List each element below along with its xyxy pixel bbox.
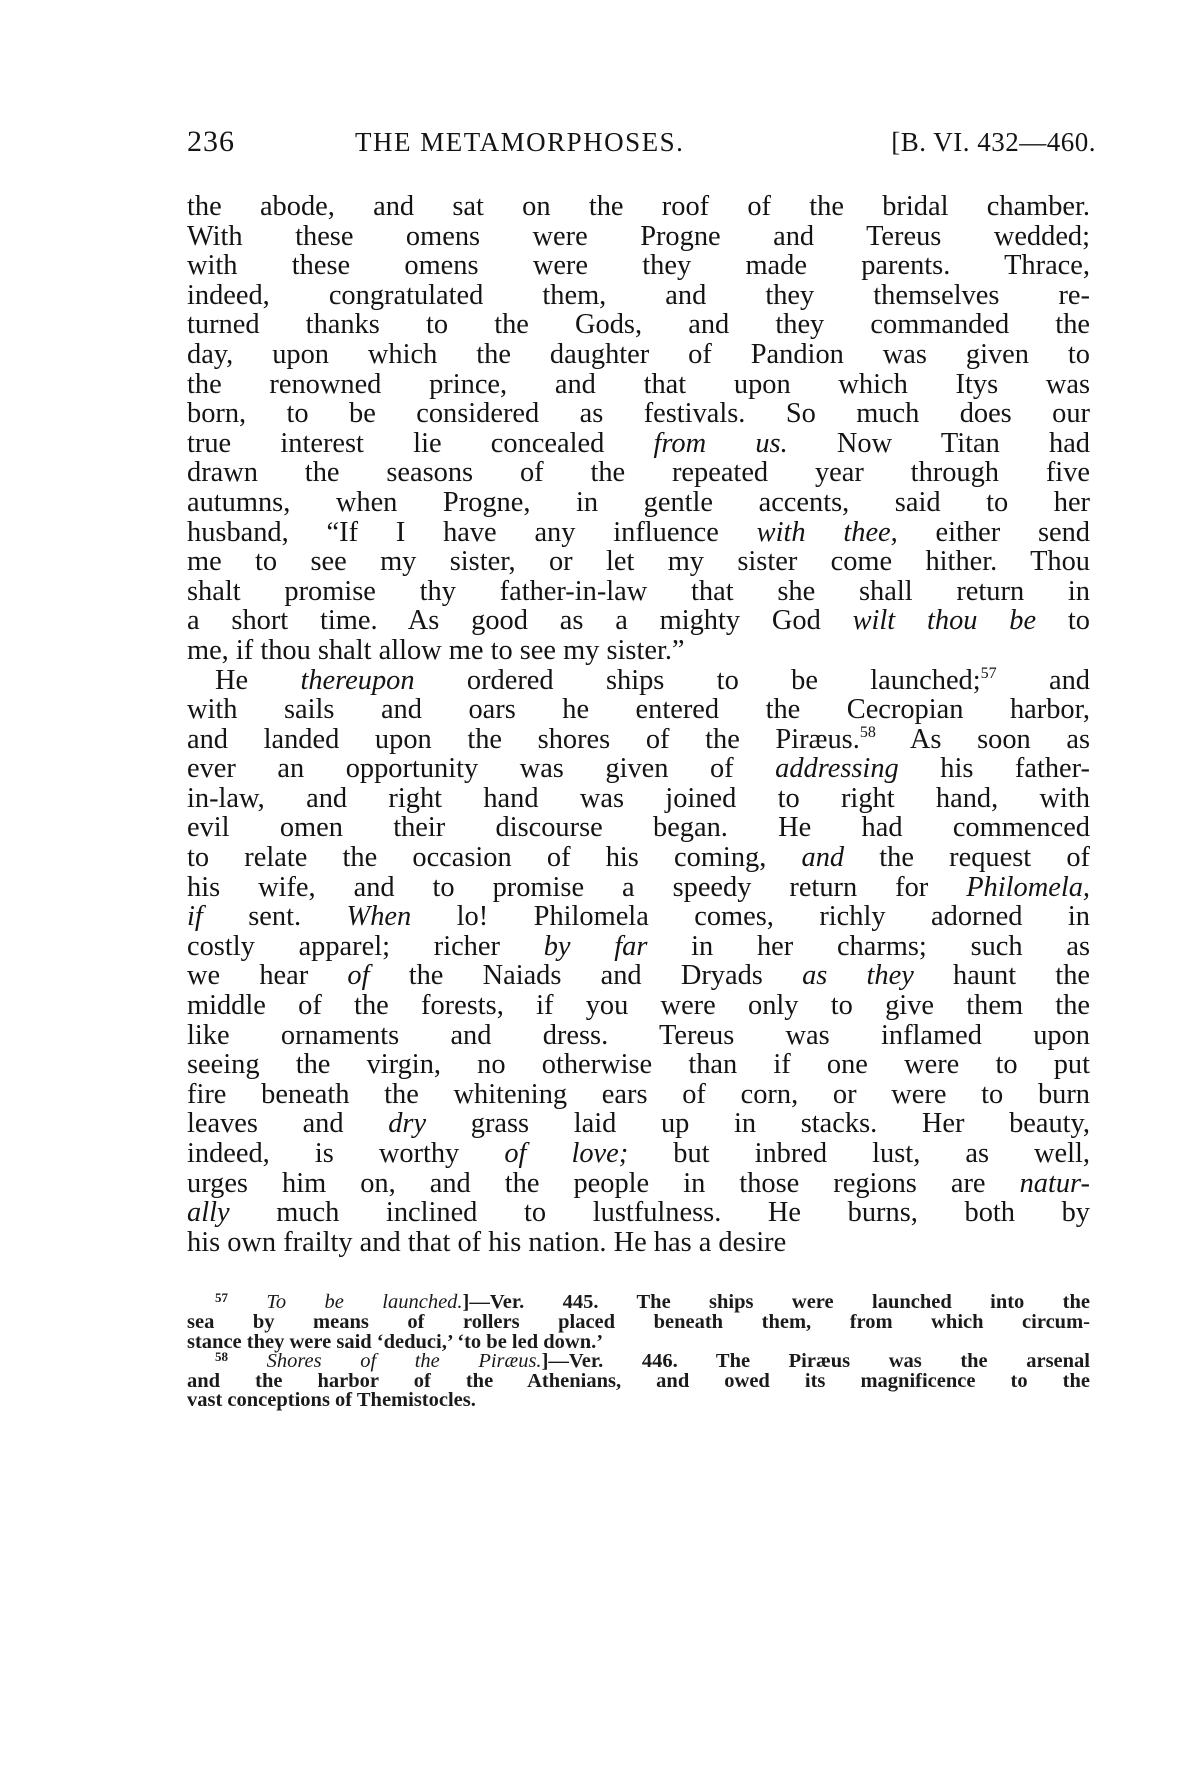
text-run: indeed, congratulated them, and they the… xyxy=(187,280,1090,311)
italic-text: natur- xyxy=(1020,1168,1090,1199)
body-line: with sails and oars he entered the Cecro… xyxy=(187,695,1090,725)
text-run: urges him on, and the people in those re… xyxy=(187,1168,1020,1199)
text-run: to xyxy=(1036,605,1090,636)
text-run: costly apparel; richer xyxy=(187,931,544,962)
text-run: husband, “If I have any influence xyxy=(187,517,757,548)
body-line: me to see my sister, or let my sister co… xyxy=(187,547,1090,577)
text-run: ever an opportunity was given of xyxy=(187,753,775,784)
text-run: seeing the virgin, no otherwise than if … xyxy=(187,1049,1090,1080)
italic-text: wilt thou be xyxy=(853,605,1037,636)
body-line: evil omen their discourse began. He had … xyxy=(187,813,1090,843)
text-run: With these omens were Progne and Tereus … xyxy=(187,221,1090,252)
text-run: born, to be considered as festivals. So … xyxy=(187,398,1090,429)
text-run: his own frailty and that of his nation. … xyxy=(187,1227,786,1258)
text-run: He xyxy=(215,665,300,696)
text-run: the Naiads and Dryads xyxy=(369,960,802,991)
body-line: and landed upon the shores of the Piræus… xyxy=(187,725,1090,755)
body-line: turned thanks to the Gods, and they comm… xyxy=(187,310,1090,340)
text-run: the renowned prince, and that upon which… xyxy=(187,369,1090,400)
body-line: a short time. As good as a mighty God wi… xyxy=(187,606,1090,636)
body-line: me, if thou shalt allow me to see my sis… xyxy=(187,636,1090,666)
italic-text: and xyxy=(802,842,845,873)
body-line: true interest lie concealed from us. Now… xyxy=(187,429,1090,459)
text-run: ordered ships to be launched; xyxy=(415,665,981,696)
page-number: 236 xyxy=(187,122,235,162)
italic-text: thereupon xyxy=(300,665,414,696)
body-line: we hear of the Naiads and Dryads as they… xyxy=(187,961,1090,991)
text-run: true interest lie concealed xyxy=(187,428,654,459)
body-line: to relate the occasion of his coming, an… xyxy=(187,843,1090,873)
footnote-number: 58 xyxy=(215,1349,228,1364)
italic-text: When xyxy=(347,901,412,932)
text-run: a short time. As good as a mighty God xyxy=(187,605,853,636)
text-run: we hear xyxy=(187,960,347,991)
italic-text: by far xyxy=(544,931,648,962)
text-run: in her charms; such as xyxy=(647,931,1090,962)
book-page: 236 THE METAMORPHOSES. [B. VI. 432—460. … xyxy=(187,122,1090,1411)
body-line: his own frailty and that of his nation. … xyxy=(187,1228,1090,1258)
text-run: much inclined to lustfulness. He burns, … xyxy=(230,1197,1090,1228)
body-line: with these omens were they made parents.… xyxy=(187,251,1090,281)
italic-text: Philomela, xyxy=(966,872,1090,903)
text-run: either send xyxy=(898,517,1090,548)
italic-text: from us. xyxy=(654,428,788,459)
body-line: With these omens were Progne and Tereus … xyxy=(187,222,1090,252)
text-run: drawn the seasons of the repeated year t… xyxy=(187,457,1090,488)
text-run: day, upon which the daughter of Pandion … xyxy=(187,339,1090,370)
text-run: his wife, and to promise a speedy return… xyxy=(187,872,966,903)
text-run: evil omen their discourse began. He had … xyxy=(187,812,1090,843)
text-run: the request of xyxy=(844,842,1090,873)
text-run: his father- xyxy=(899,753,1090,784)
body-line: the abode, and sat on the roof of the br… xyxy=(187,192,1090,222)
text-run: shalt promise thy father-in-law that she… xyxy=(187,576,1090,607)
text-run: the abode, and sat on the roof of the br… xyxy=(187,191,1090,222)
body-line: husband, “If I have any influence with t… xyxy=(187,518,1090,548)
italic-text: of love; xyxy=(504,1138,628,1169)
body-line: seeing the virgin, no otherwise than if … xyxy=(187,1050,1090,1080)
body-line: urges him on, and the people in those re… xyxy=(187,1169,1090,1199)
body-line: middle of the forests, if you were only … xyxy=(187,991,1090,1021)
text-run: middle of the forests, if you were only … xyxy=(187,990,1090,1021)
text-run: indeed, is worthy xyxy=(187,1138,504,1169)
body-line: born, to be considered as festivals. So … xyxy=(187,399,1090,429)
body-line: his wife, and to promise a speedy return… xyxy=(187,873,1090,903)
body-line: the renowned prince, and that upon which… xyxy=(187,370,1090,400)
footnotes: 57 To be launched.]—Ver. 445. The ships … xyxy=(187,1293,1090,1411)
text-run: vast conceptions of Themistocles. xyxy=(187,1389,476,1411)
body-line: shalt promise thy father-in-law that she… xyxy=(187,577,1090,607)
text-run: haunt the xyxy=(914,960,1090,991)
book-verse-range: [B. VI. 432—460. xyxy=(891,122,1096,162)
running-head: 236 THE METAMORPHOSES. [B. VI. 432—460. xyxy=(187,122,1090,162)
body-line: in-law, and right hand was joined to rig… xyxy=(187,784,1090,814)
italic-text: of xyxy=(347,960,369,991)
body-line: drawn the seasons of the repeated year t… xyxy=(187,458,1090,488)
footnote-reference: 58 xyxy=(860,724,876,741)
footnote-line: vast conceptions of Themistocles. xyxy=(187,1391,1090,1411)
italic-text: if xyxy=(187,901,203,932)
body-line: day, upon which the daughter of Pandion … xyxy=(187,340,1090,370)
italic-text: dry xyxy=(388,1108,426,1139)
footnote-number: 57 xyxy=(215,1290,228,1305)
text-run: in-law, and right hand was joined to rig… xyxy=(187,783,1090,814)
body-line: costly apparel; richer by far in her cha… xyxy=(187,932,1090,962)
text-run: autumns, when Progne, in gentle accents,… xyxy=(187,487,1090,518)
text-run: Now Titan had xyxy=(788,428,1090,459)
book-title: THE METAMORPHOSES. xyxy=(355,122,684,162)
italic-text: as they xyxy=(802,960,914,991)
body-line: leaves and dry grass laid up in stacks. … xyxy=(187,1109,1090,1139)
body-line: indeed, is worthy of love; but inbred lu… xyxy=(187,1139,1090,1169)
body-line: like ornaments and dress. Tereus was inf… xyxy=(187,1021,1090,1051)
text-run: As soon as xyxy=(876,724,1090,755)
text-run: me to see my sister, or let my sister co… xyxy=(187,546,1090,577)
text-run: me, if thou shalt allow me to see my sis… xyxy=(187,635,685,666)
text-run: with sails and oars he entered the Cecro… xyxy=(187,694,1090,725)
text-run: and xyxy=(997,665,1090,696)
text-run: fire beneath the whitening ears of corn,… xyxy=(187,1079,1090,1110)
text-run: to relate the occasion of his coming, xyxy=(187,842,802,873)
italic-text: with thee, xyxy=(757,517,898,548)
text-run: leaves and xyxy=(187,1108,388,1139)
italic-text: ally xyxy=(187,1197,230,1228)
main-text: the abode, and sat on the roof of the br… xyxy=(187,192,1090,1257)
text-run: grass laid up in stacks. Her beauty, xyxy=(426,1108,1090,1139)
body-line: ever an opportunity was given of address… xyxy=(187,754,1090,784)
body-line: if sent. When lo! Philomela comes, richl… xyxy=(187,902,1090,932)
italic-text: addressing xyxy=(775,753,899,784)
body-line: autumns, when Progne, in gentle accents,… xyxy=(187,488,1090,518)
text-run: turned thanks to the Gods, and they comm… xyxy=(187,309,1090,340)
body-line: fire beneath the whitening ears of corn,… xyxy=(187,1080,1090,1110)
text-run: with these omens were they made parents.… xyxy=(187,250,1090,281)
text-run: but inbred lust, as well, xyxy=(628,1138,1090,1169)
text-run: like ornaments and dress. Tereus was inf… xyxy=(187,1020,1090,1051)
body-line: He thereupon ordered ships to be launche… xyxy=(187,666,1090,696)
body-line: indeed, congratulated them, and they the… xyxy=(187,281,1090,311)
text-run: sent. xyxy=(203,901,347,932)
text-run: lo! Philomela comes, richly adorned in xyxy=(411,901,1090,932)
text-run: and landed upon the shores of the Piræus… xyxy=(187,724,860,755)
body-line: ally much inclined to lustfulness. He bu… xyxy=(187,1198,1090,1228)
footnote-reference: 57 xyxy=(981,665,997,682)
